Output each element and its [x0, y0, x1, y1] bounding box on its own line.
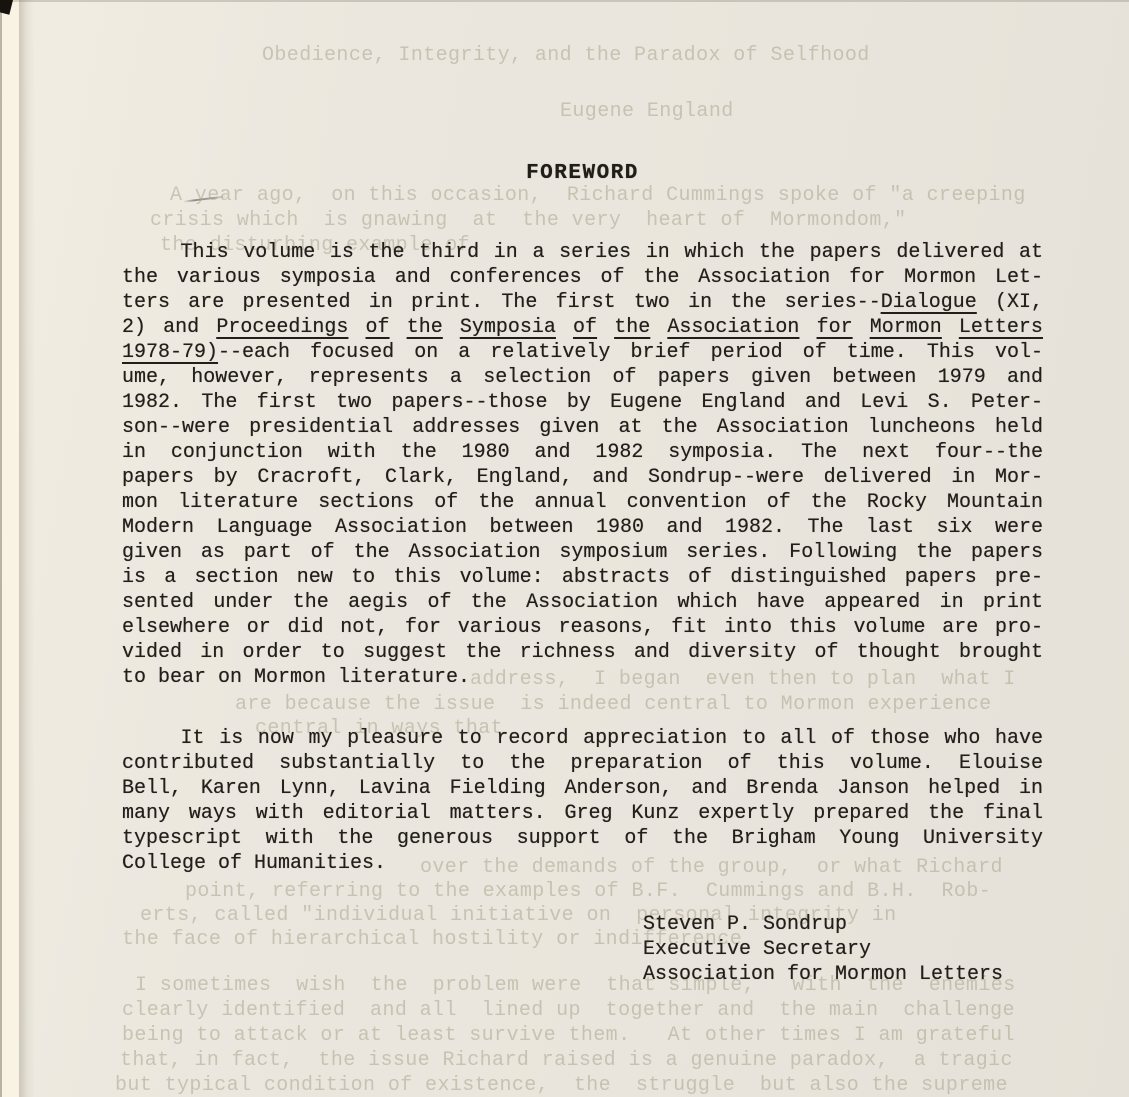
text-line: given as part of the Association symposi… — [122, 540, 1043, 565]
page-edge-strip — [2, 0, 19, 1097]
text-line: elsewhere or did not, for various reason… — [122, 615, 1043, 640]
signature-name: Steven P. Sondrup — [643, 912, 1003, 937]
text-line: the various symposia and conferences of … — [122, 265, 1043, 290]
text-line: typescript with the generous support of … — [122, 826, 1043, 851]
scan-top-edge — [0, 0, 1129, 2]
bleedthrough-fragment: A year ago, on this occasion, Richard Cu… — [170, 184, 1026, 208]
text-line: is a section new to this volume: abstrac… — [122, 565, 1043, 590]
text-line: 1978-79)--each focused on a relatively b… — [122, 340, 1043, 365]
paragraph-1: This volume is the third in a series in … — [122, 240, 1043, 690]
text-line: ters are presented in print. The first t… — [122, 290, 1043, 315]
text-line: sented under the aegis of the Associatio… — [122, 590, 1043, 615]
bleedthrough-fragment: point, referring to the examples of B.F.… — [185, 880, 991, 904]
signature-organization: Association for Mormon Letters — [643, 962, 1003, 987]
bleedthrough-fragment: but typical condition of existence, the … — [115, 1074, 1008, 1097]
bleedthrough-fragment: being to attack or at least survive them… — [122, 1024, 1015, 1048]
text-line: mon literature sections of the annual co… — [122, 490, 1043, 515]
bleedthrough-fragment: clearly identified and all lined up toge… — [122, 999, 1015, 1023]
page-edge-crease — [19, 0, 35, 1097]
text-line: College of Humanities. — [122, 851, 1043, 876]
text-line: papers by Cracroft, Clark, England, and … — [122, 465, 1043, 490]
text-line: ume, however, represents a selection of … — [122, 365, 1043, 390]
text-line: in conjunction with the 1980 and 1982 sy… — [122, 440, 1043, 465]
text-line: to bear on Mormon literature. — [122, 665, 1043, 690]
text-line: This volume is the third in a series in … — [122, 240, 1043, 265]
bleedthrough-fragment: are because the issue is indeed central … — [235, 693, 992, 717]
text-line: many ways with editorial matters. Greg K… — [122, 801, 1043, 826]
text-line: son--were presidential addresses given a… — [122, 415, 1043, 440]
signature-block: Steven P. Sondrup Executive Secretary As… — [643, 912, 1003, 987]
scanned-document-page: Obedience, Integrity, and the Paradox of… — [0, 0, 1129, 1097]
text-line: Bell, Karen Lynn, Lavina Fielding Anders… — [122, 776, 1043, 801]
text-line: 2) and Proceedings of the Symposia of th… — [122, 315, 1043, 340]
bleedthrough-fragment: that, in fact, the issue Richard raised … — [120, 1049, 1013, 1073]
text-line: vided in order to suggest the richness a… — [122, 640, 1043, 665]
paragraph-2: It is now my pleasure to record apprecia… — [122, 726, 1043, 876]
bleedthrough-fragment: crisis which is gnawing at the very hear… — [150, 209, 907, 233]
text-line: Modern Language Association between 1980… — [122, 515, 1043, 540]
text-line: It is now my pleasure to record apprecia… — [122, 726, 1043, 751]
signature-role: Executive Secretary — [643, 937, 1003, 962]
scan-left-edge — [0, 0, 2, 1097]
text-line: 1982. The first two papers--those by Eug… — [122, 390, 1043, 415]
bleedthrough-fragment: Eugene England — [560, 100, 734, 124]
page-title: FOREWORD — [122, 162, 1043, 185]
bleedthrough-fragment: Obedience, Integrity, and the Paradox of… — [262, 44, 870, 68]
text-line: contributed substantially to the prepara… — [122, 751, 1043, 776]
